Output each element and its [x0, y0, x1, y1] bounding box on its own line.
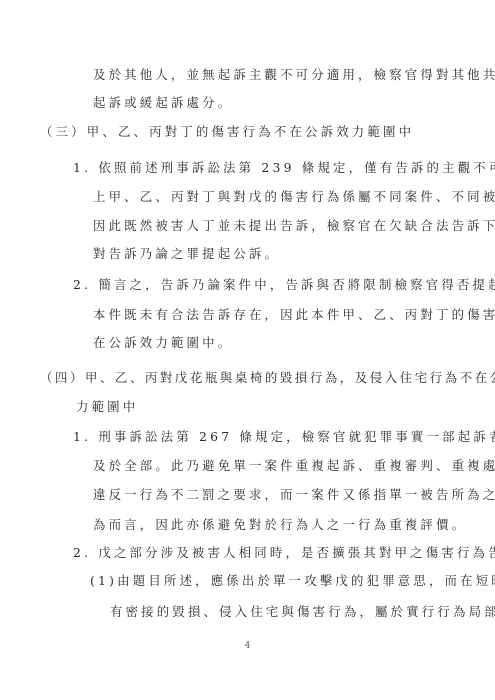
text-line: 起訴或緩起訴處分。 — [93, 95, 233, 111]
text-line: 為而言，因此亦係避免對於行為人之一行為重複評價。 — [93, 517, 467, 533]
numbered-item: 1. 刑事訴訟法第 267 條規定，檢察官就犯罪事實一部起訴者，其效力 — [73, 429, 495, 445]
text-line: 及於全部。此乃避免單一案件重複起訴、重複審判、重複處罰，而 — [93, 458, 495, 474]
section-heading-continued: 力範圍中 — [76, 399, 138, 415]
sub-item: (1)由題目所述，應係出於單一攻擊戊的犯罪意思，而在短時間內 — [90, 573, 495, 589]
page-number: 4 — [0, 641, 495, 651]
text-line: 及於其他人，並無起訴主觀不可分適用，檢察官得對其他共犯為不 — [93, 67, 495, 83]
text-line: 有密接的毀損、侵入住宅與傷害行為，屬於實行行為局部重疊 — [110, 604, 495, 620]
numbered-item: 2. 簡言之，告訴乃論案件中，告訴與否將限制檢察官得否提起公訴， — [73, 277, 495, 293]
text-line: 在公訴效力範圍中。 — [93, 335, 233, 351]
text-line: 因此既然被害人丁並未提出告訴，檢察官在欠缺合法告訴下，不得 — [93, 218, 495, 234]
text-line: 違反一行為不二罰之要求，而一案件又係指單一被告所為之單一行 — [93, 487, 495, 503]
section-heading: （三）甲、乙、丙對丁的傷害行為不在公訴效力範圍中 — [40, 124, 414, 140]
text-line: 本件既未有合法告訴存在，因此本件甲、乙、丙對丁的傷害行為不 — [93, 307, 495, 323]
numbered-item: 2. 戊之部分涉及被害人相同時，是否擴張其對甲之傷害行為告訴效力 — [73, 545, 495, 561]
section-heading: （四）甲、乙、丙對戊花瓶與桌椅的毀損行為，及侵入住宅行為不在公訴效 — [40, 370, 495, 386]
text-line: 對告訴乃論之罪提起公訴。 — [93, 246, 280, 262]
text-line: 上甲、乙、丙對丁與對戊的傷害行為係屬不同案件、不同被害人， — [93, 189, 495, 205]
numbered-item: 1. 依照前述刑事訴訟法第 239 條規定，僅有告訴的主觀不可分，再加 — [73, 160, 495, 176]
document-page: 及於其他人，並無起訴主觀不可分適用，檢察官得對其他共犯為不 起訴或緩起訴處分。 … — [0, 0, 495, 700]
